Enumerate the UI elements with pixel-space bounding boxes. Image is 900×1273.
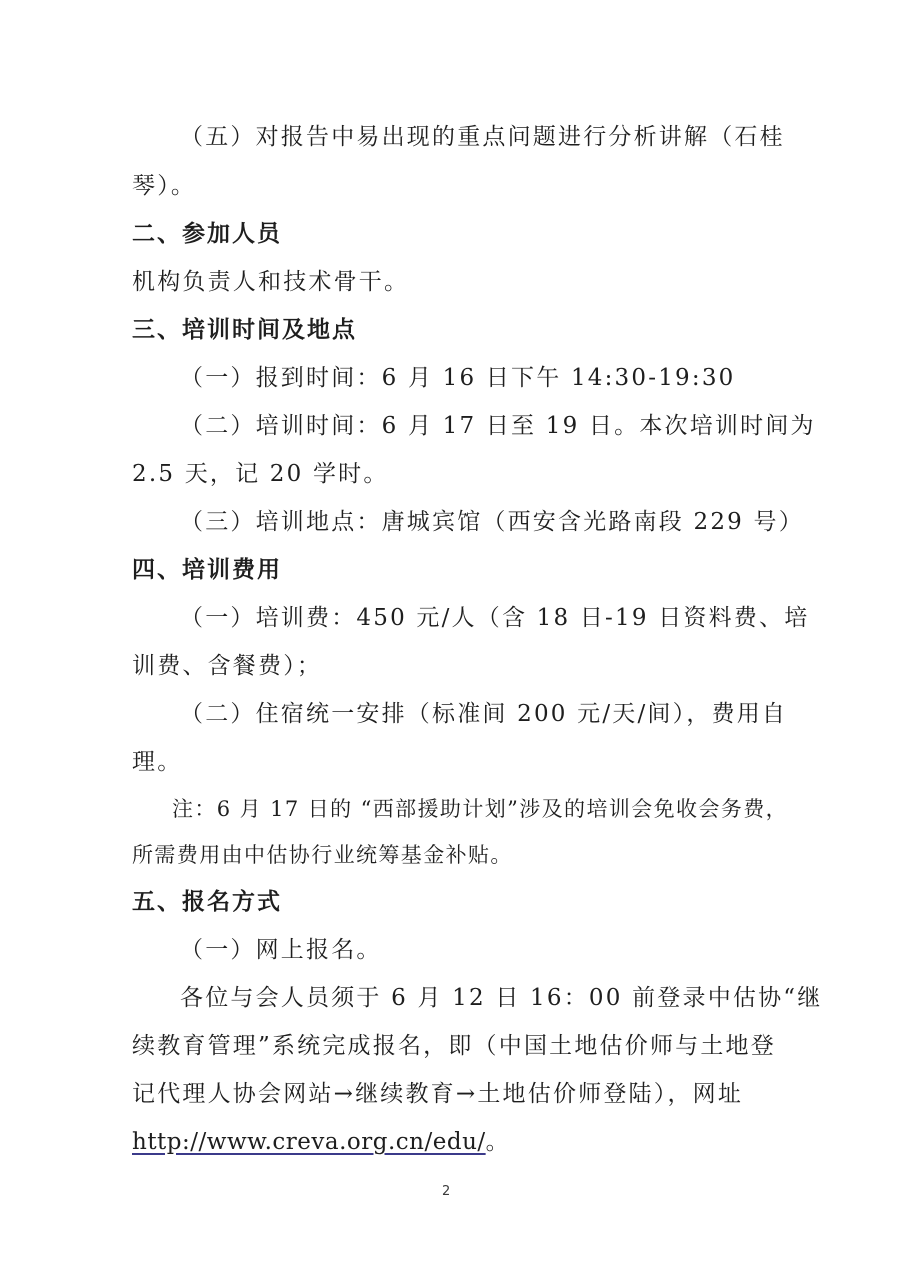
paragraph-training-location: （三）培训地点：唐城宾馆（西安含光路南段 229 号） [180,507,804,537]
paragraph-item5-line2: 琴）。 [132,171,196,201]
section-heading-fees: 四、培训费用 [132,555,282,585]
paragraph-online-registration: （一）网上报名。 [180,935,382,965]
paragraph-registration-body-line2: 续教育管理”系统完成报名，即（中国土地估价师与土地登 [132,1031,776,1061]
section-heading-registration: 五、报名方式 [132,887,282,917]
paragraph-participants: 机构负责人和技术骨干。 [132,267,409,297]
paragraph-registration-body-line3: 记代理人协会网站→继续教育→土地估价师登陆），网址 [132,1079,743,1109]
section-heading-time-location: 三、培训时间及地点 [132,315,357,345]
paragraph-training-time-line2: 2.5 天，记 20 学时。 [132,459,389,489]
paragraph-accommodation-line1: （二）住宿统一安排（标准间 200 元/天/间），费用自 [180,699,787,729]
website-link[interactable]: http://www.creva.org.cn/edu/ [132,1129,486,1155]
paragraph-registration-time: （一）报到时间：6 月 16 日下午 14:30-19:30 [180,363,735,393]
paragraph-training-fee-line2: 训费、含餐费）； [132,651,322,681]
paragraph-training-fee-line1: （一）培训费：450 元/人（含 18 日-19 日资料费、培 [180,603,809,633]
note-line1: 注：6 月 17 日的 “西部援助计划”涉及的培训会免收会务费， [172,794,788,824]
paragraph-accommodation-line2: 理。 [132,747,182,777]
note-line2: 所需费用由中估协行业统筹基金补贴。 [132,840,513,870]
paragraph-registration-body-line1: 各位与会人员须于 6 月 12 日 16：00 前登录中估协“继 [180,983,822,1013]
paragraph-training-time-line1: （二）培训时间：6 月 17 日至 19 日。本次培训时间为 [180,411,816,441]
paragraph-url-line: http://www.creva.org.cn/edu/。 [132,1127,511,1157]
section-heading-participants: 二、参加人员 [132,219,282,249]
document-page: （五）对报告中易出现的重点问题进行分析讲解（石桂 琴）。 二、参加人员 机构负责… [0,0,900,1273]
url-trailing-punctuation: 。 [486,1129,511,1155]
page-number: 2 [442,1184,450,1199]
paragraph-item5-line1: （五）对报告中易出现的重点问题进行分析讲解（石桂 [180,122,785,152]
